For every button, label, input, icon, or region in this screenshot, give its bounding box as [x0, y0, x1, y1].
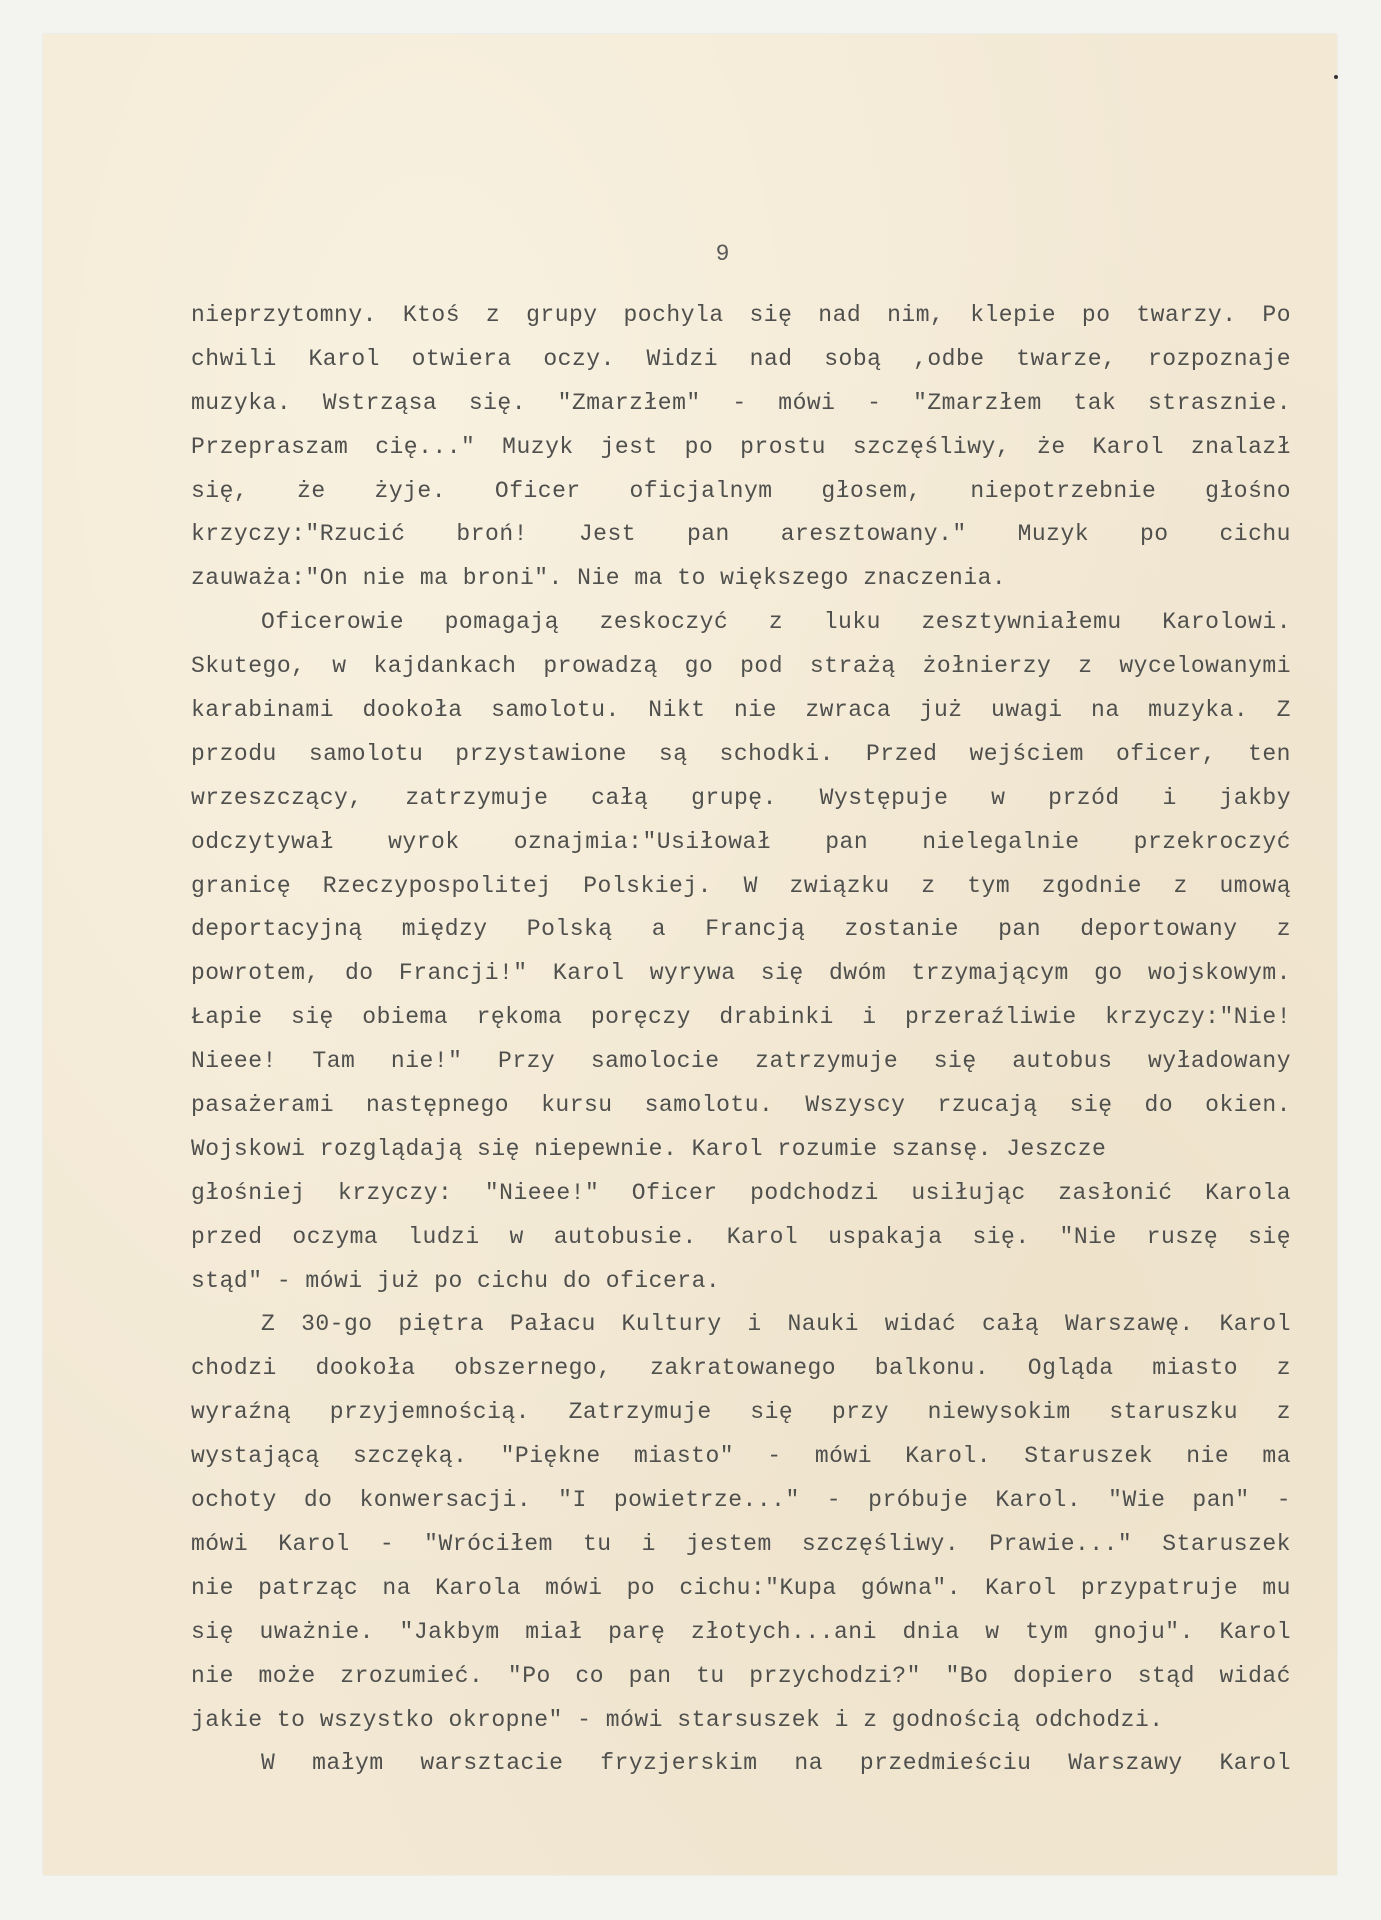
text-line: się, że żyje. Oficer oficjalnym głosem, …	[191, 472, 1291, 516]
text-line: krzyczy:"Rzucić broń! Jest pan aresztowa…	[191, 515, 1291, 559]
text-line: deportacyjną między Polską a Francją zos…	[191, 910, 1291, 954]
text-line: chwili Karol otwiera oczy. Widzi nad sob…	[191, 340, 1291, 384]
text-line: Łapie się obiema rękoma poręczy drabinki…	[191, 998, 1291, 1042]
text-line: przed oczyma ludzi w autobusie. Karol us…	[191, 1218, 1291, 1262]
text-line: Skutego, w kajdankach prowadzą go pod st…	[191, 647, 1291, 691]
text-line: wrzeszczący, zatrzymuje całą grupę. Wyst…	[191, 779, 1291, 823]
page-number: 9	[43, 241, 1337, 267]
text-line: nie patrząc na Karola mówi po cichu:"Kup…	[191, 1569, 1291, 1613]
text-line: się uważnie. "Jakbym miał parę złotych..…	[191, 1613, 1291, 1657]
text-line: głośniej krzyczy: "Nieee!" Oficer podcho…	[191, 1174, 1291, 1218]
text-line: granicę Rzeczypospolitej Polskiej. W zwi…	[191, 867, 1291, 911]
text-line: pasażerami następnego kursu samolotu. Ws…	[191, 1086, 1291, 1130]
text-line: odczytywał wyrok oznajmia:"Usiłował pan …	[191, 823, 1291, 867]
paper-sheet: 9 nieprzytomny. Ktoś z grupy pochyla się…	[43, 34, 1337, 1875]
text-line: jakie to wszystko okropne" - mówi starsu…	[191, 1701, 1291, 1745]
text-line: przodu samolotu przystawione są schodki.…	[191, 735, 1291, 779]
text-line: Oficerowie pomagają zeskoczyć z luku zes…	[191, 603, 1291, 647]
text-line: Wojskowi rozglądają się niepewnie. Karol…	[191, 1130, 1291, 1174]
text-line: Nieee! Tam nie!" Przy samolocie zatrzymu…	[191, 1042, 1291, 1086]
typewritten-text: nieprzytomny. Ktoś z grupy pochyla się n…	[191, 296, 1291, 1788]
text-line: powrotem, do Francji!" Karol wyrywa się …	[191, 954, 1291, 998]
text-line: ochoty do konwersacji. "I powietrze..." …	[191, 1481, 1291, 1525]
text-line: nie może zrozumieć. "Po co pan tu przych…	[191, 1657, 1291, 1701]
text-line: W małym warsztacie fryzjerskim na przedm…	[191, 1744, 1291, 1788]
dust-speck	[1334, 75, 1338, 79]
text-line: zauważa:"On nie ma broni". Nie ma to wię…	[191, 559, 1291, 603]
text-line: Przepraszam cię..." Muzyk jest po prostu…	[191, 428, 1291, 472]
text-line: muzyka. Wstrząsa się. "Zmarzłem" - mówi …	[191, 384, 1291, 428]
text-line: wyraźną przyjemnością. Zatrzymuje się pr…	[191, 1393, 1291, 1437]
text-line: chodzi dookoła obszernego, zakratowanego…	[191, 1349, 1291, 1393]
text-line: stąd" - mówi już po cichu do oficera.	[191, 1262, 1291, 1306]
text-line: wystającą szczęką. "Piękne miasto" - mów…	[191, 1437, 1291, 1481]
text-line: nieprzytomny. Ktoś z grupy pochyla się n…	[191, 296, 1291, 340]
text-line: mówi Karol - "Wróciłem tu i jestem szczę…	[191, 1525, 1291, 1569]
text-line: karabinami dookoła samolotu. Nikt nie zw…	[191, 691, 1291, 735]
text-line: Z 30-go piętra Pałacu Kultury i Nauki wi…	[191, 1305, 1291, 1349]
